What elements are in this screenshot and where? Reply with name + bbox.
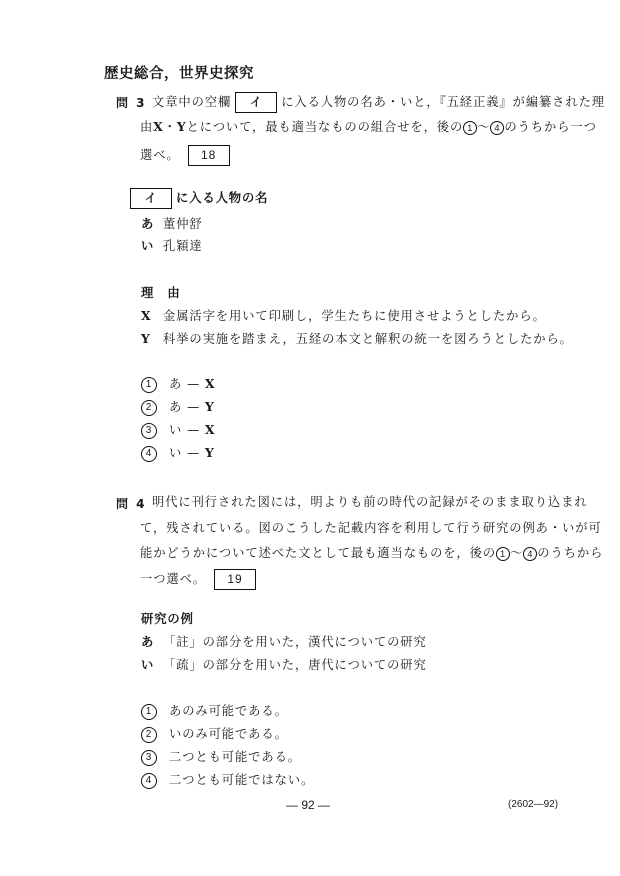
reason-item: Y科挙の実施を踏まえ，五経の本文と解釈の統一を図ろうとしたから。 <box>141 331 573 347</box>
option-1[interactable]: 1あ — X <box>141 376 215 393</box>
question-4-label: 問 4 <box>116 495 147 512</box>
q4-text: 一つ選べ。 <box>140 572 206 586</box>
option-right: X <box>205 422 215 437</box>
persons-header: イに入る人物の名 <box>130 188 268 209</box>
blank-i-box: イ <box>235 92 277 113</box>
circled-3-icon: 3 <box>141 423 157 439</box>
person-name: 孔穎達 <box>163 239 203 253</box>
examples-header: 研究の例 <box>141 611 194 627</box>
question-4-line-2: て，残されている。図のこうした記載内容を利用して行う研究の例あ・いが可 <box>140 520 602 536</box>
example-item: い「疏」の部分を用いた，唐代についての研究 <box>141 657 427 673</box>
page-code: (2602—92) <box>508 799 558 810</box>
question-4-line-3: 能かどうかについて述べた文として最も適当なものを，後の1～4のうちから <box>140 545 603 561</box>
q4-option-1[interactable]: 1あのみ可能である。 <box>141 703 288 720</box>
answer-box-19: 19 <box>214 569 256 590</box>
reason-text: 科挙の実施を踏まえ，五経の本文と解釈の統一を図ろうとしたから。 <box>163 332 573 346</box>
dash: — <box>187 377 200 391</box>
reason-item: X金属活字を用いて印刷し，学生たちに使用させようとしたから。 <box>141 308 546 324</box>
dash: — <box>187 446 200 460</box>
question-3-line-2: 由X・Yとについて，最も適当なものの組合せを，後の1～4のうちから一つ <box>140 119 597 135</box>
example-key: あ <box>141 634 163 650</box>
option-text: あのみ可能である。 <box>169 704 288 718</box>
option-right: Y <box>205 445 215 460</box>
reason-text: 金属活字を用いて印刷し，学生たちに使用させようとしたから。 <box>163 309 546 323</box>
q3-text: 文章中の空欄 <box>152 95 231 109</box>
circled-1-icon: 1 <box>141 704 157 720</box>
q3-y: Y <box>177 119 187 134</box>
circled-3-icon: 3 <box>141 750 157 766</box>
option-text: いのみ可能である。 <box>169 727 288 741</box>
option-right: Y <box>205 399 215 414</box>
circled-1-icon: 1 <box>463 121 477 135</box>
q4-text: のうちから <box>537 546 603 560</box>
question-3-line-1: 文章中の空欄イに入る人物の名あ・いと，『五経正義』が編纂された理 <box>152 92 605 113</box>
q4-option-4[interactable]: 4二つとも可能ではない。 <box>141 772 314 789</box>
dash: — <box>187 400 200 414</box>
q3-text: に入る人物の名あ・いと，『五経正義』が編纂された理 <box>281 95 605 109</box>
example-key: い <box>141 657 163 673</box>
circled-4-icon: 4 <box>141 446 157 462</box>
q3-text: 由 <box>140 120 153 134</box>
dash: — <box>187 423 200 437</box>
q3-text: とについて，最も適当なものの組合せを，後の <box>187 120 464 134</box>
q3-dot: ・ <box>164 120 177 134</box>
person-item: あ董仲舒 <box>141 216 203 232</box>
q4-option-3[interactable]: 3二つとも可能である。 <box>141 749 301 766</box>
tilde: ～ <box>510 546 523 560</box>
question-3-label: 問 3 <box>116 94 147 111</box>
tilde: ～ <box>477 120 490 134</box>
section-title: 歴史総合，世界史探究 <box>104 62 254 83</box>
person-name: 董仲舒 <box>163 217 203 231</box>
person-item: い孔穎達 <box>141 238 203 254</box>
q3-text: のうちから一つ <box>504 120 596 134</box>
circled-4-icon: 4 <box>141 773 157 789</box>
option-3[interactable]: 3い — X <box>141 422 215 439</box>
option-4[interactable]: 4い — Y <box>141 445 215 462</box>
q3-text: 選べ。 <box>140 148 180 162</box>
person-key: い <box>141 238 163 254</box>
example-text: 「註」の部分を用いた，漢代についての研究 <box>163 635 427 649</box>
option-left: い <box>169 423 182 437</box>
example-text: 「疏」の部分を用いた，唐代についての研究 <box>163 658 427 672</box>
q3-x: X <box>153 119 163 134</box>
question-4-line-1: 明代に刊行された図には，明よりも前の時代の記録がそのまま取り込まれ <box>152 494 588 510</box>
circled-4-icon: 4 <box>523 547 537 561</box>
blank-i-box: イ <box>130 188 172 209</box>
person-key: あ <box>141 216 163 232</box>
q4-text: 能かどうかについて述べた文として最も適当なものを，後の <box>140 546 496 560</box>
reason-key: X <box>141 308 163 324</box>
reason-key: Y <box>141 331 163 347</box>
circled-2-icon: 2 <box>141 400 157 416</box>
option-2[interactable]: 2あ — Y <box>141 399 215 416</box>
circled-2-icon: 2 <box>141 727 157 743</box>
persons-header-text: に入る人物の名 <box>176 191 268 205</box>
example-item: あ「註」の部分を用いた，漢代についての研究 <box>141 634 427 650</box>
option-left: い <box>169 446 182 460</box>
circled-1-icon: 1 <box>496 547 510 561</box>
circled-4-icon: 4 <box>490 121 504 135</box>
option-text: 二つとも可能ではない。 <box>169 773 314 787</box>
page-number: — 92 — <box>286 798 330 812</box>
reasons-header: 理 由 <box>141 285 181 301</box>
question-3-line-3: 選べ。18 <box>140 145 230 166</box>
option-text: 二つとも可能である。 <box>169 750 301 764</box>
answer-box-18: 18 <box>188 145 230 166</box>
option-right: X <box>205 376 215 391</box>
question-4-line-4: 一つ選べ。19 <box>140 569 256 590</box>
option-left: あ <box>169 377 182 391</box>
q4-option-2[interactable]: 2いのみ可能である。 <box>141 726 288 743</box>
circled-1-icon: 1 <box>141 377 157 393</box>
option-left: あ <box>169 400 182 414</box>
